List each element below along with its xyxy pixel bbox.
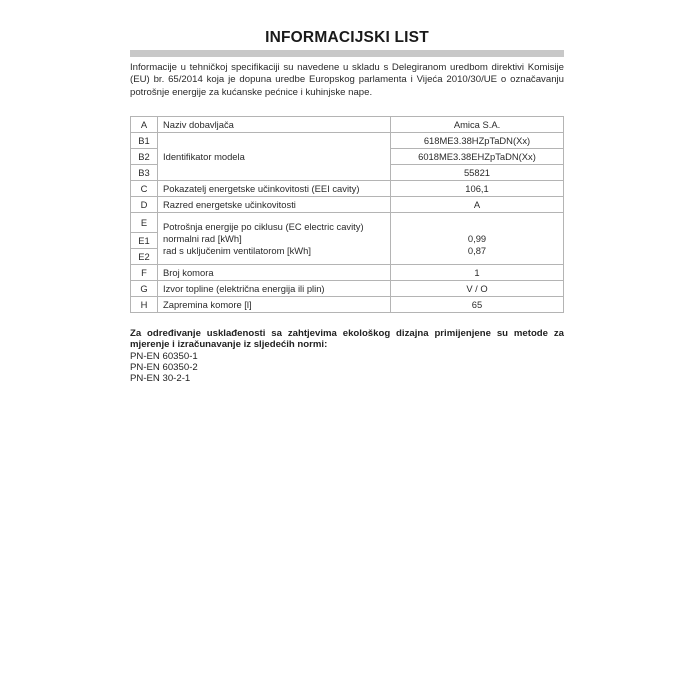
row-value: 1	[391, 265, 564, 281]
table-row: G Izvor topline (električna energija ili…	[131, 281, 564, 297]
row-value: 65	[391, 297, 564, 313]
label-line: Potrošnja energije po ciklusu (EC electr…	[163, 221, 385, 233]
value-line	[396, 221, 558, 233]
row-code: H	[131, 297, 158, 313]
intro-paragraph: Informacije u tehničkoj specifikaciji su…	[130, 62, 564, 99]
norm-item: PN-EN 60350-2	[130, 362, 564, 373]
row-code: B3	[131, 165, 158, 181]
row-value: A	[391, 197, 564, 213]
compliance-statement: Za određivanje usklađenosti sa zahtjevim…	[130, 328, 564, 351]
row-value: 0,99 0,87	[391, 213, 564, 265]
title-rule	[130, 50, 564, 57]
table-row: E Potrošnja energije po ciklusu (EC elec…	[131, 213, 564, 233]
label-line: rad s uključenim ventilatorom [kWh]	[163, 245, 385, 257]
row-code: B1	[131, 133, 158, 149]
value-line: 0,87	[396, 245, 558, 257]
row-code: G	[131, 281, 158, 297]
row-value: 55821	[391, 165, 564, 181]
product-info-table: A Naziv dobavljača Amica S.A. B1 Identif…	[130, 116, 564, 313]
label-line: normalni rad [kWh]	[163, 233, 385, 245]
row-code: C	[131, 181, 158, 197]
table-row: F Broj komora 1	[131, 265, 564, 281]
row-code: E1	[131, 233, 158, 249]
row-label: Naziv dobavljača	[158, 117, 391, 133]
row-value: V / O	[391, 281, 564, 297]
row-label: Broj komora	[158, 265, 391, 281]
norm-item: PN-EN 60350-1	[130, 351, 564, 362]
row-value: 106,1	[391, 181, 564, 197]
norm-item: PN-EN 30-2-1	[130, 373, 564, 384]
row-label: Izvor topline (električna energija ili p…	[158, 281, 391, 297]
row-code: D	[131, 197, 158, 213]
row-code: F	[131, 265, 158, 281]
compliance-section: Za određivanje usklađenosti sa zahtjevim…	[130, 328, 564, 384]
table-row: D Razred energetske učinkovitosti A	[131, 197, 564, 213]
row-code: E2	[131, 249, 158, 265]
table-row: A Naziv dobavljača Amica S.A.	[131, 117, 564, 133]
row-value: 6018ME3.38EHZpTaDN(Xx)	[391, 149, 564, 165]
table-row: H Zapremina komore [l] 65	[131, 297, 564, 313]
row-label: Zapremina komore [l]	[158, 297, 391, 313]
row-label: Identifikator modela	[158, 133, 391, 181]
table-row: C Pokazatelj energetske učinkovitosti (E…	[131, 181, 564, 197]
row-code: E	[131, 213, 158, 233]
row-value: Amica S.A.	[391, 117, 564, 133]
value-line: 0,99	[396, 233, 558, 245]
table-row: B1 Identifikator modela 618ME3.38HZpTaDN…	[131, 133, 564, 149]
row-code: B2	[131, 149, 158, 165]
row-label: Potrošnja energije po ciklusu (EC electr…	[158, 213, 391, 265]
row-code: A	[131, 117, 158, 133]
document-title: INFORMACIJSKI LIST	[130, 29, 564, 47]
row-label: Pokazatelj energetske učinkovitosti (EEI…	[158, 181, 391, 197]
row-label: Razred energetske učinkovitosti	[158, 197, 391, 213]
row-value: 618ME3.38HZpTaDN(Xx)	[391, 133, 564, 149]
